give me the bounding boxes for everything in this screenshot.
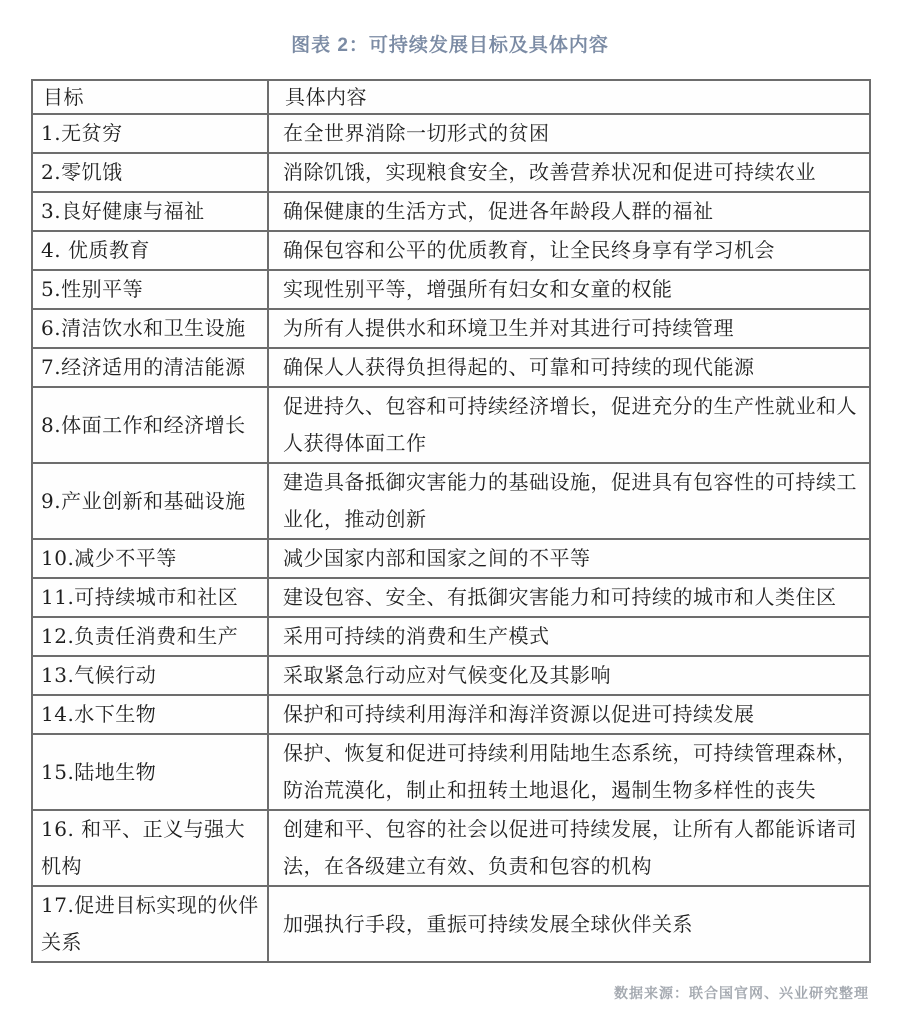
table-row-goal-2: 2.零饥饿 消除饥饿，实现粮食安全，改善营养状况和促进可持续农业 [32,153,870,192]
sdg-table-container: 目标 具体内容 1.无贫穷 在全世界消除一切形式的贫困 2.零饥饿 消除饥饿，实… [31,79,869,963]
content-cell: 采用可持续的消费和生产模式 [268,617,870,656]
content-cell: 加强执行手段，重振可持续发展全球伙伴关系 [268,886,870,962]
goal-cell: 10.减少不平等 [32,539,268,578]
table-row-goal-7: 7.经济适用的清洁能源 确保人人获得负担得起的、可靠和可持续的现代能源 [32,348,870,387]
goal-cell: 14.水下生物 [32,695,268,734]
goal-cell: 5.性别平等 [32,270,268,309]
table-row-goal-15: 15.陆地生物 保护、恢复和促进可持续利用陆地生态系统，可持续管理森林，防治荒漠… [32,734,870,810]
goal-cell: 1.无贫穷 [32,114,268,153]
table-row-goal-8: 8.体面工作和经济增长 促进持久、包容和可持续经济增长，促进充分的生产性就业和人… [32,387,870,463]
content-cell: 建设包容、安全、有抵御灾害能力和可持续的城市和人类住区 [268,578,870,617]
table-row-goal-6: 6.清洁饮水和卫生设施 为所有人提供水和环境卫生并对其进行可持续管理 [32,309,870,348]
goal-cell: 2.零饥饿 [32,153,268,192]
table-row-goal-5: 5.性别平等 实现性别平等，增强所有妇女和女童的权能 [32,270,870,309]
table-row-goal-14: 14.水下生物 保护和可持续利用海洋和海洋资源以促进可持续发展 [32,695,870,734]
content-cell: 采取紧急行动应对气候变化及其影响 [268,656,870,695]
content-cell: 消除饥饿，实现粮食安全，改善营养状况和促进可持续农业 [268,153,870,192]
content-cell: 确保人人获得负担得起的、可靠和可持续的现代能源 [268,348,870,387]
table-row-goal-10: 10.减少不平等 减少国家内部和国家之间的不平等 [32,539,870,578]
table-row-goal-17: 17.促进目标实现的伙伴关系 加强执行手段，重振可持续发展全球伙伴关系 [32,886,870,962]
goal-cell: 12.负责任消费和生产 [32,617,268,656]
goal-cell: 8.体面工作和经济增长 [32,387,268,463]
content-cell: 减少国家内部和国家之间的不平等 [268,539,870,578]
column-header-content: 具体内容 [268,80,870,114]
table-row-goal-13: 13.气候行动 采取紧急行动应对气候变化及其影响 [32,656,870,695]
table-row-goal-16: 16. 和平、正义与强大机构 创建和平、包容的社会以促进可持续发展，让所有人都能… [32,810,870,886]
content-cell: 实现性别平等，增强所有妇女和女童的权能 [268,270,870,309]
data-source-note: 数据来源：联合国官网、兴业研究整理 [31,983,869,1003]
table-row-goal-3: 3.良好健康与福祉 确保健康的生活方式，促进各年龄段人群的福祉 [32,192,870,231]
sdg-goals-table: 目标 具体内容 1.无贫穷 在全世界消除一切形式的贫困 2.零饥饿 消除饥饿，实… [31,79,871,963]
figure-title: 图表 2：可持续发展目标及具体内容 [0,0,900,57]
content-cell: 确保包容和公平的优质教育，让全民终身享有学习机会 [268,231,870,270]
content-cell: 在全世界消除一切形式的贫困 [268,114,870,153]
content-cell: 保护和可持续利用海洋和海洋资源以促进可持续发展 [268,695,870,734]
table-header-row: 目标 具体内容 [32,80,870,114]
goal-cell: 17.促进目标实现的伙伴关系 [32,886,268,962]
table-row-goal-11: 11.可持续城市和社区 建设包容、安全、有抵御灾害能力和可持续的城市和人类住区 [32,578,870,617]
goal-cell: 3.良好健康与福祉 [32,192,268,231]
goal-cell: 13.气候行动 [32,656,268,695]
goal-cell: 9.产业创新和基础设施 [32,463,268,539]
report-figure-page: 图表 2：可持续发展目标及具体内容 目标 具体内容 1.无贫穷 在全世界消除一切… [0,0,900,1017]
column-header-goal: 目标 [32,80,268,114]
table-row-goal-9: 9.产业创新和基础设施 建造具备抵御灾害能力的基础设施，促进具有包容性的可持续工… [32,463,870,539]
content-cell: 促进持久、包容和可持续经济增长，促进充分的生产性就业和人人获得体面工作 [268,387,870,463]
content-cell: 创建和平、包容的社会以促进可持续发展，让所有人都能诉诸司法，在各级建立有效、负责… [268,810,870,886]
table-row-goal-1: 1.无贫穷 在全世界消除一切形式的贫困 [32,114,870,153]
goal-cell: 15.陆地生物 [32,734,268,810]
content-cell: 建造具备抵御灾害能力的基础设施，促进具有包容性的可持续工业化，推动创新 [268,463,870,539]
goal-cell: 7.经济适用的清洁能源 [32,348,268,387]
content-cell: 确保健康的生活方式，促进各年龄段人群的福祉 [268,192,870,231]
content-cell: 保护、恢复和促进可持续利用陆地生态系统，可持续管理森林，防治荒漠化，制止和扭转土… [268,734,870,810]
content-cell: 为所有人提供水和环境卫生并对其进行可持续管理 [268,309,870,348]
goal-cell: 4. 优质教育 [32,231,268,270]
goal-cell: 6.清洁饮水和卫生设施 [32,309,268,348]
table-row-goal-12: 12.负责任消费和生产 采用可持续的消费和生产模式 [32,617,870,656]
goal-cell: 11.可持续城市和社区 [32,578,268,617]
table-row-goal-4: 4. 优质教育 确保包容和公平的优质教育，让全民终身享有学习机会 [32,231,870,270]
goal-cell: 16. 和平、正义与强大机构 [32,810,268,886]
